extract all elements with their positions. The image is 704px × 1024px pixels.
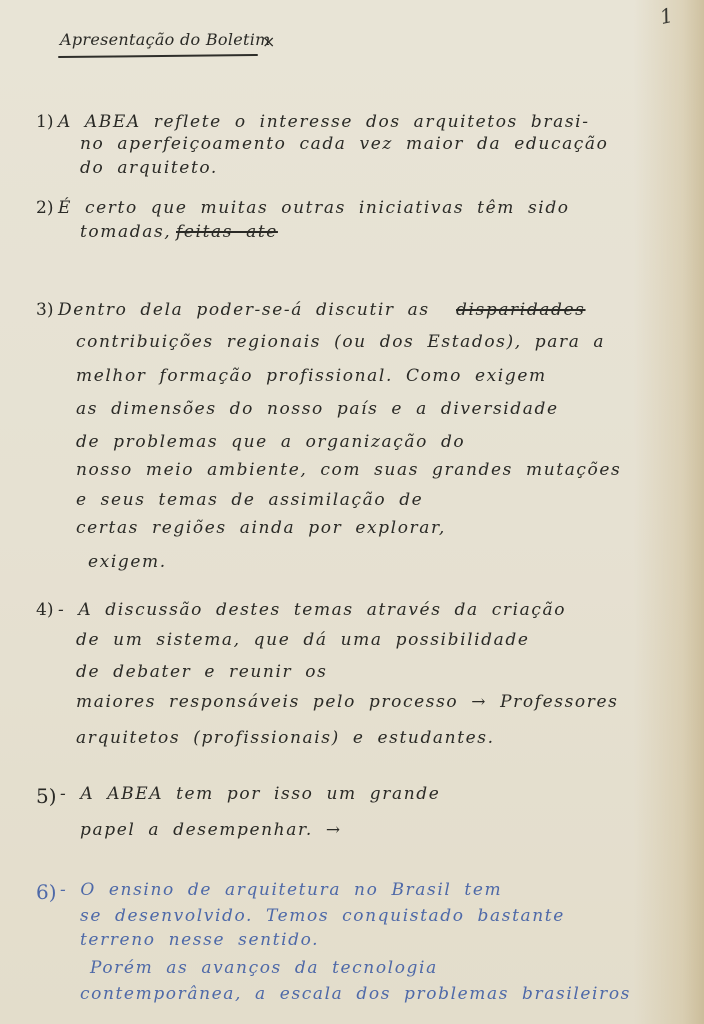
item-line: nosso meio ambiente, com suas grandes mu…	[76, 460, 621, 480]
item-line: terreno nesse sentido.	[80, 930, 319, 950]
item-line: melhor formação profissional. Como exige…	[76, 366, 547, 386]
item-line: papel a desempenhar. →	[80, 820, 342, 840]
item-line: exigem.	[88, 552, 167, 572]
item-line: maiores responsáveis pelo processo → Pro…	[76, 692, 618, 712]
item-number: 1)	[36, 112, 53, 132]
item-line: as dimensões do nosso país e a diversida…	[76, 399, 559, 419]
document-title: Apresentação do Boletim	[60, 30, 271, 49]
item-line: do arquiteto.	[80, 158, 218, 178]
item-line: - A ABEA tem por isso um grande	[60, 784, 440, 804]
item-line: de um sistema, que dá uma possibilidade	[76, 630, 530, 650]
page-number: 1	[658, 3, 675, 29]
item-line: arquitetos (profissionais) e estudantes.	[76, 728, 495, 748]
title-underline	[58, 54, 258, 58]
item-line: Dentro dela poder-se-á discutir as	[58, 300, 430, 320]
item-number: 2)	[36, 198, 53, 218]
item-number: 5)	[36, 784, 57, 808]
item-line: contemporânea, a escala dos problemas br…	[80, 984, 631, 1004]
item-line: no aperfeiçoamento cada vez maior da edu…	[80, 134, 609, 154]
title-cross-mark: ×	[262, 32, 275, 51]
item-number: 3)	[36, 300, 53, 320]
item-line: É certo que muitas outras iniciativas tê…	[58, 198, 570, 218]
item-line: se desenvolvido. Temos conquistado basta…	[80, 906, 565, 926]
item-line: e seus temas de assimilação de	[76, 490, 423, 510]
item-line: - A discussão destes temas através da cr…	[58, 600, 566, 620]
struck-text: disparidades	[456, 300, 586, 320]
item-line: de problemas que a organização do	[76, 432, 465, 452]
item-number: 6)	[36, 880, 57, 904]
item-line: contribuições regionais (ou dos Estados)…	[76, 332, 605, 352]
item-line: - O ensino de arquitetura no Brasil tem	[60, 880, 502, 900]
item-line: A ABEA reflete o interesse dos arquiteto…	[58, 112, 590, 132]
struck-text: feitas ate	[176, 222, 278, 242]
manuscript-page: 1 Apresentação do Boletim × 1) A ABEA re…	[0, 0, 704, 1024]
item-line: certas regiões ainda por explorar,	[76, 518, 446, 538]
item-number: 4)	[36, 600, 53, 620]
item-line: Porém as avanços da tecnologia	[90, 958, 438, 978]
item-line: de debater e reunir os	[76, 662, 327, 682]
item-line: tomadas,	[80, 222, 171, 242]
